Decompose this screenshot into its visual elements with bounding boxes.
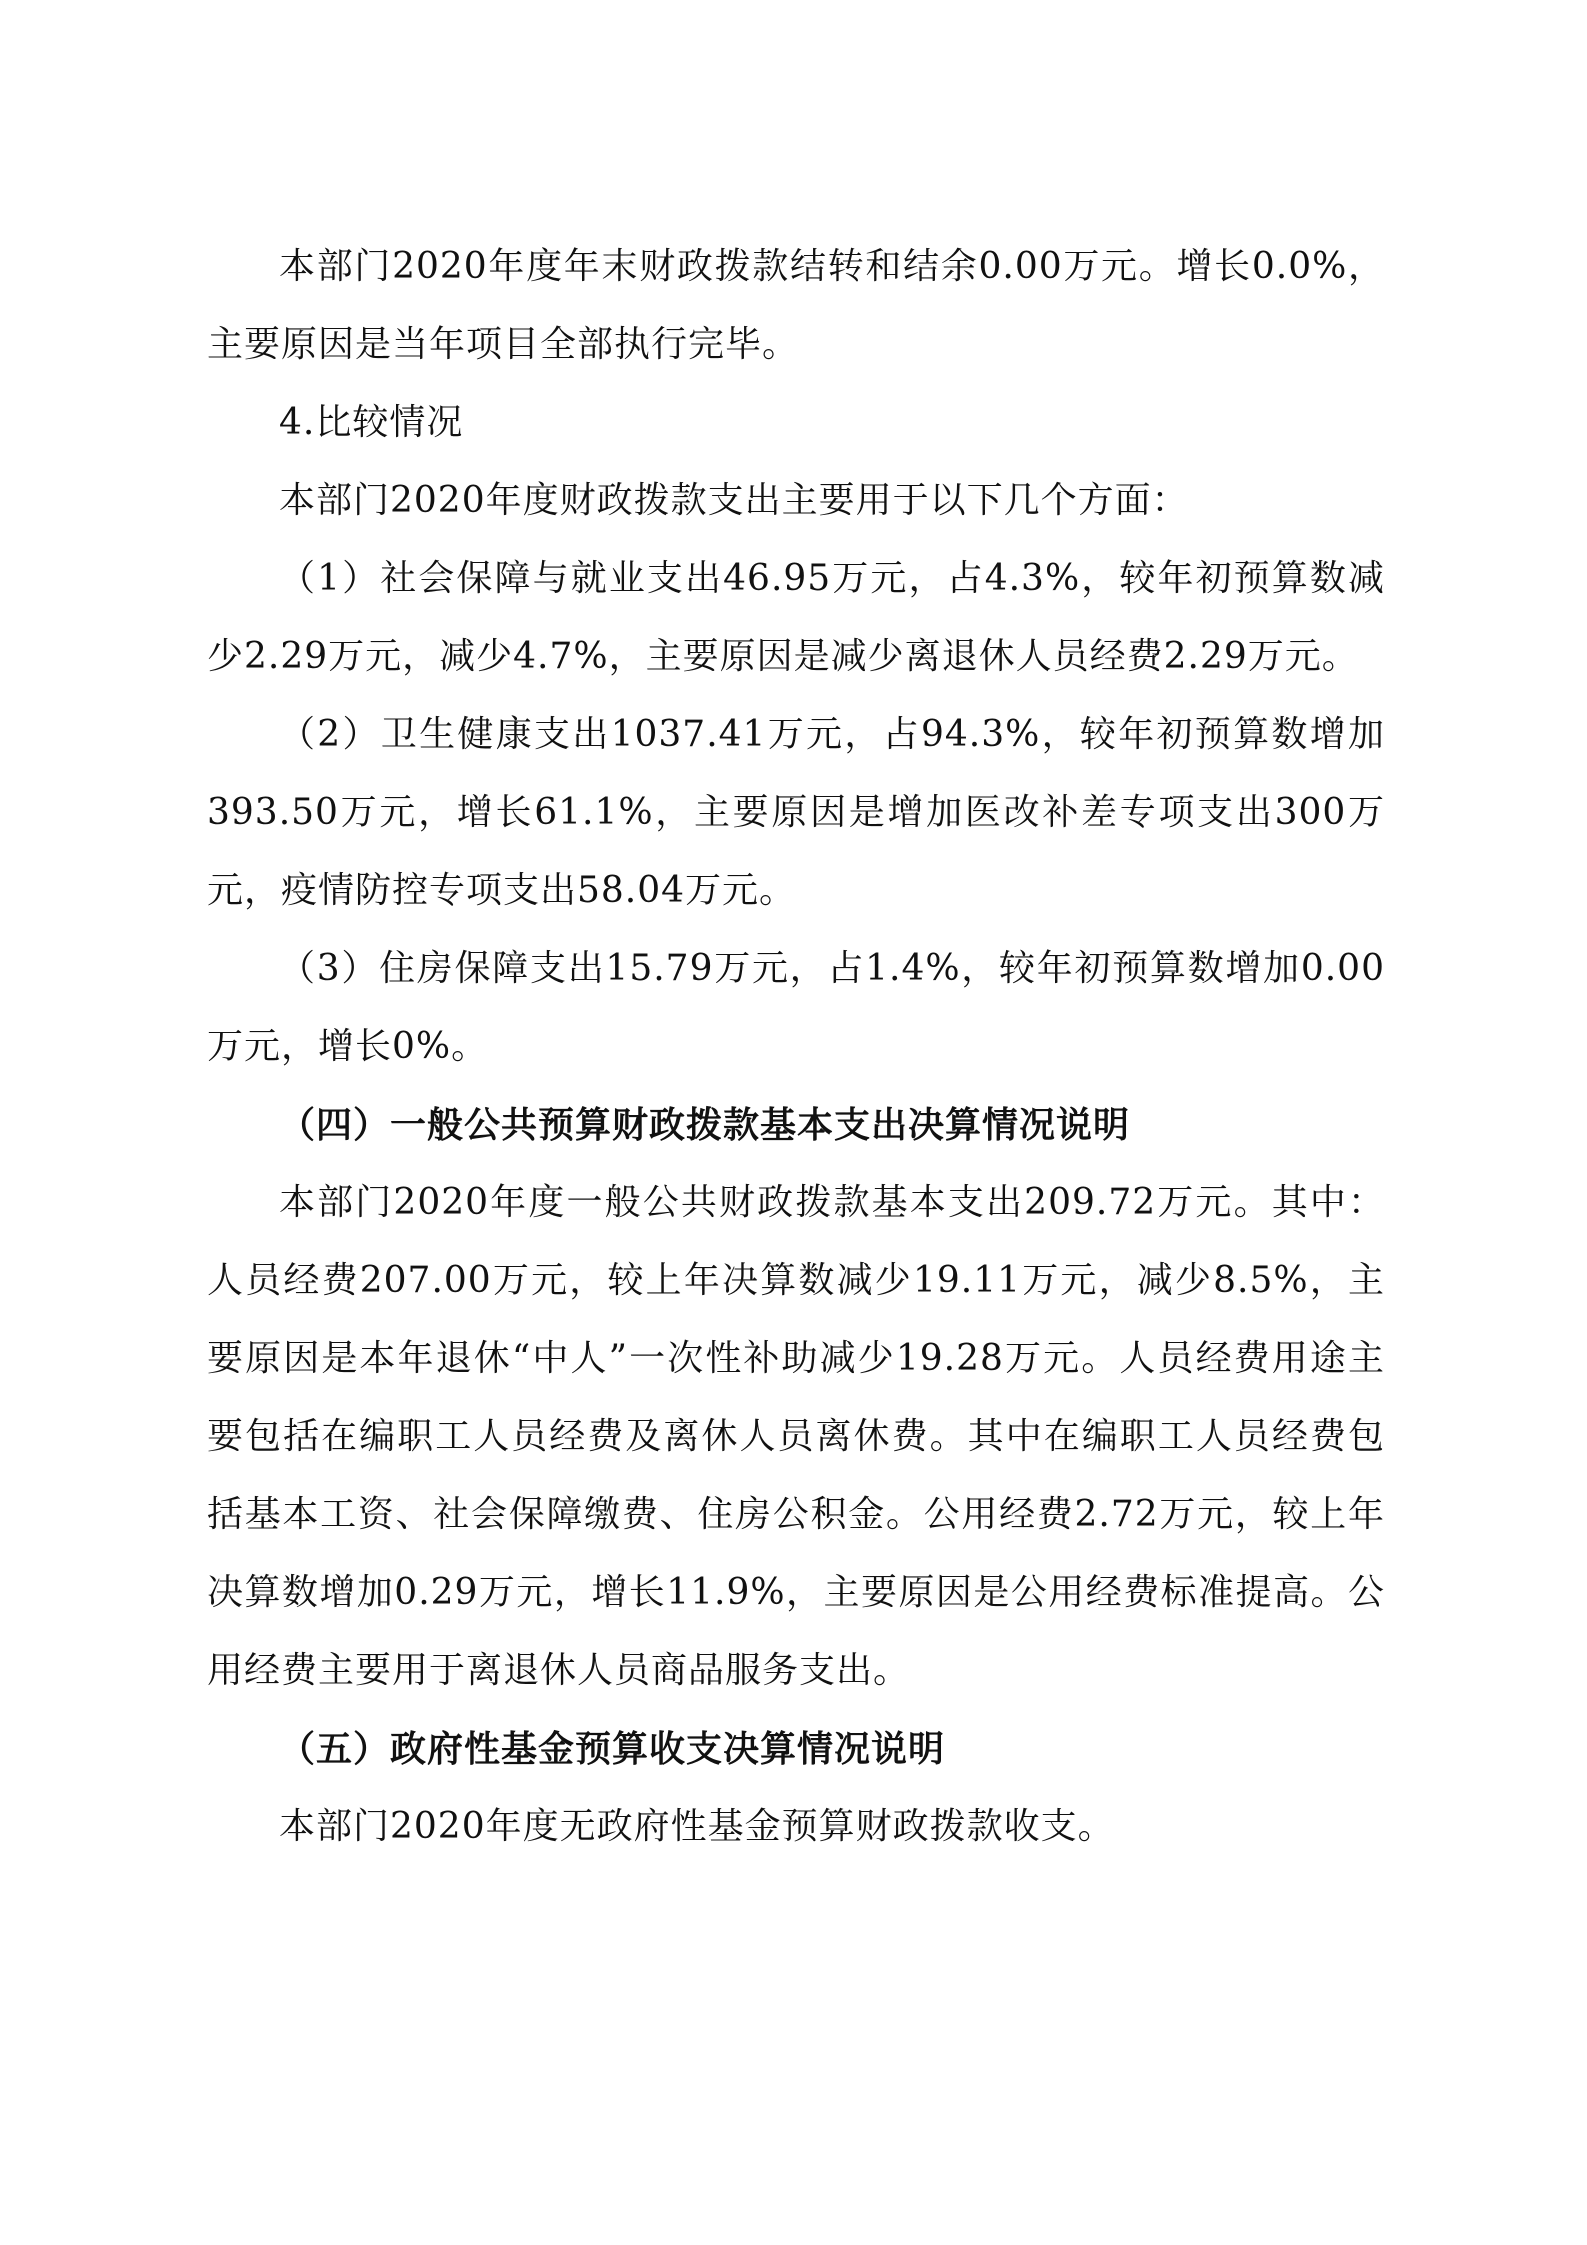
- paragraph-expenditure-intro: 本部门2020年度财政拨款支出主要用于以下几个方面：: [207, 462, 1385, 540]
- paragraph-item-social-security: （1）社会保障与就业支出46.95万元，占4.3%，较年初预算数减少2.29万元…: [207, 540, 1385, 696]
- paragraph-item-health: （2）卫生健康支出1037.41万元，占94.3%，较年初预算数增加393.50…: [207, 696, 1385, 930]
- paragraph-government-fund: 本部门2020年度无政府性基金预算财政拨款收支。: [207, 1788, 1385, 1866]
- paragraph-basic-expenditure: 本部门2020年度一般公共财政拨款基本支出209.72万元。其中：人员经费207…: [207, 1164, 1385, 1710]
- section-heading-basic-expenditure: （四）一般公共预算财政拨款基本支出决算情况说明: [207, 1086, 1385, 1164]
- document-page: 本部门2020年度年末财政拨款结转和结余0.00万元。增长0.0%，主要原因是当…: [207, 228, 1385, 1866]
- paragraph-carryover-balance: 本部门2020年度年末财政拨款结转和结余0.00万元。增长0.0%，主要原因是当…: [207, 228, 1385, 384]
- subheading-comparison: 4.比较情况: [207, 384, 1385, 462]
- section-heading-government-fund: （五）政府性基金预算收支决算情况说明: [207, 1710, 1385, 1788]
- paragraph-item-housing: （3）住房保障支出15.79万元，占1.4%，较年初预算数增加0.00万元，增长…: [207, 930, 1385, 1086]
